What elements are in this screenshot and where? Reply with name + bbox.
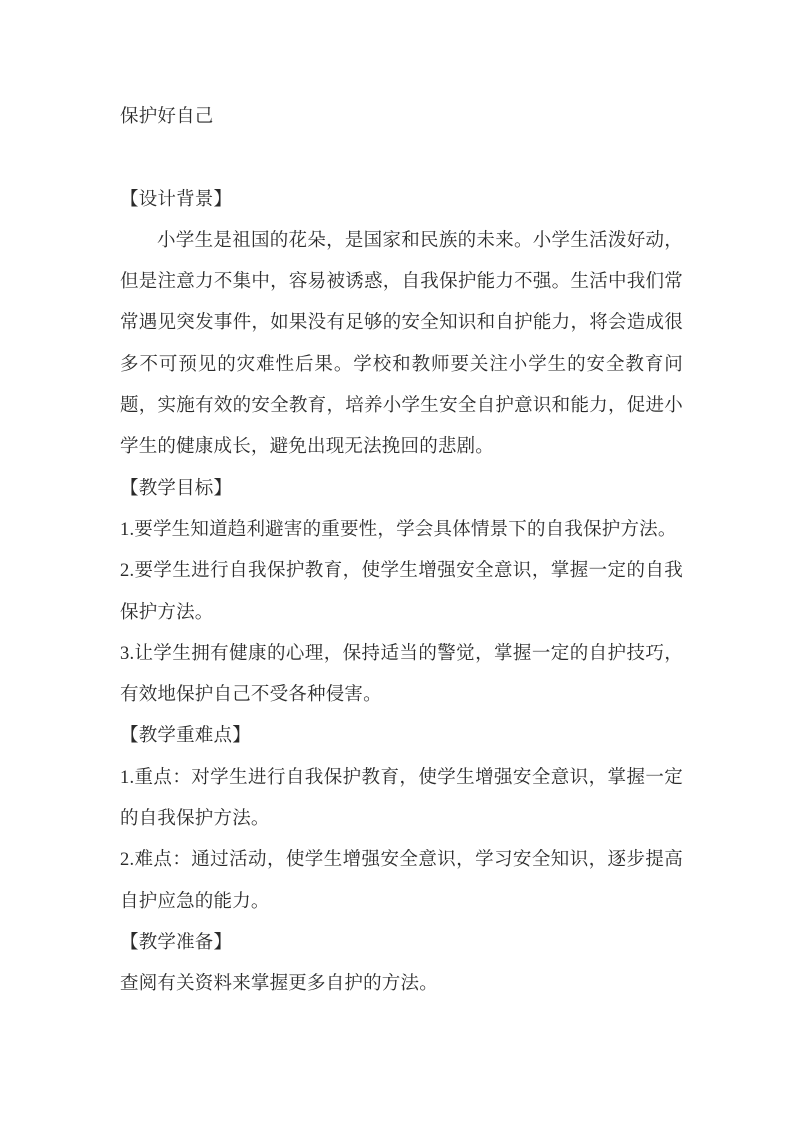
document-page: 保护好自己 【设计背景】 小学生是祖国的花朵，是国家和民族的未来。小学生活泼好动… (0, 0, 793, 1122)
preparation-item: 查阅有关资料来掌握更多自护的方法。 (120, 964, 683, 1005)
section-key-difficult-points: 【教学重难点】 1.重点：对学生进行自我保护教育，使学生增强安全意识，掌握一定的… (120, 716, 683, 922)
paragraph-design-background: 小学生是祖国的花朵，是国家和民族的未来。小学生活泼好动，但是注意力不集中，容易被… (120, 221, 683, 469)
section-teaching-preparation: 【教学准备】 查阅有关资料来掌握更多自护的方法。 (120, 923, 683, 1006)
section-heading-key-difficult-points: 【教学重难点】 (120, 716, 683, 757)
section-teaching-objectives: 【教学目标】 1.要学生知道趋利避害的重要性，学会具体情景下的自我保护方法。 2… (120, 469, 683, 717)
difficult-point-item: 2.难点：通过活动，使学生增强安全意识，学习安全知识，逐步提高自护应急的能力。 (120, 840, 683, 923)
section-design-background: 【设计背景】 小学生是祖国的花朵，是国家和民族的未来。小学生活泼好动，但是注意力… (120, 180, 683, 469)
document-content: 保护好自己 【设计背景】 小学生是祖国的花朵，是国家和民族的未来。小学生活泼好动… (120, 97, 683, 1006)
section-heading-teaching-objectives: 【教学目标】 (120, 469, 683, 510)
objective-item-2: 2.要学生进行自我保护教育，使学生增强安全意识，掌握一定的自我保护方法。 (120, 551, 683, 634)
objective-item-1: 1.要学生知道趋利避害的重要性，学会具体情景下的自我保护方法。 (120, 510, 683, 551)
objective-item-3: 3.让学生拥有健康的心理，保持适当的警觉，掌握一定的自护技巧，有效地保护自己不受… (120, 634, 683, 717)
key-point-item: 1.重点：对学生进行自我保护教育，使学生增强安全意识，掌握一定的自我保护方法。 (120, 758, 683, 841)
document-title: 保护好自己 (120, 97, 683, 138)
section-heading-teaching-preparation: 【教学准备】 (120, 923, 683, 964)
section-heading-design-background: 【设计背景】 (120, 180, 683, 221)
